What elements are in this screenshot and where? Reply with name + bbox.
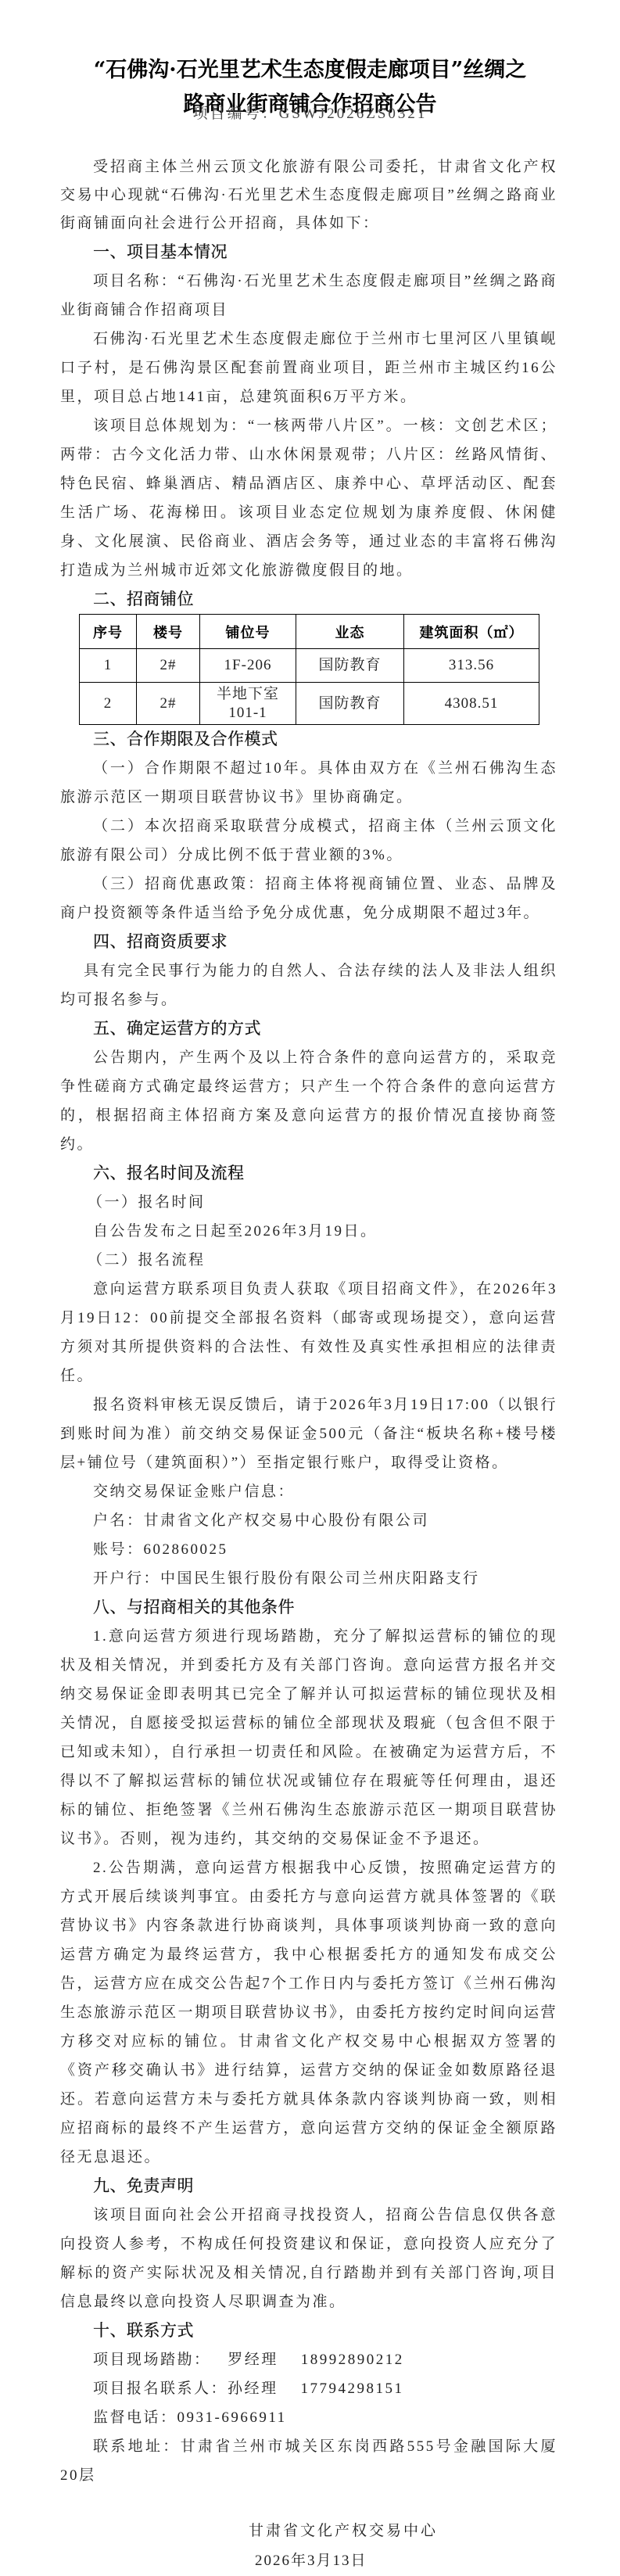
col-header-type: 业态 [296, 615, 404, 649]
cell-area: 313.56 [404, 649, 539, 683]
section-1-planning: 该项目总体规划为：“一核两带八片区”。一核：文创艺术区；两带：古今文化活力带、山… [60, 411, 557, 585]
section-6-sub-1: （一）报名时间 [60, 1188, 557, 1217]
col-header-area: 建筑面积（㎡） [404, 615, 539, 649]
section-4-heading: 四、招商资质要求 [60, 927, 557, 956]
section-8-item-1: 1.意向运营方须进行现场踏勘，充分了解拟运营标的铺位的现状及相关情况，并到委托方… [60, 1622, 557, 1853]
col-header-shop: 铺位号 [200, 615, 296, 649]
col-header-building: 楼号 [137, 615, 200, 649]
document-body: 受招商主体兰州云顶文化旅游有限公司委托，甘肃省文化产权交易中心现就“石佛沟·石光… [60, 153, 557, 2490]
section-3-term: （一）合作期限不超过10年。具体由双方在《兰州石佛沟生态旅游示范区一期项目联营协… [60, 754, 557, 812]
announcement-page: “石佛沟·石光里艺术生态度假走廊项目”丝绸之 路商业街商铺合作招商公告 项目编号… [0, 0, 620, 2571]
section-8-heading: 八、与招商相关的其他条件 [60, 1593, 557, 1622]
cell-type: 国防教育 [296, 649, 404, 683]
cell-shop-line-2: 101-1 [200, 704, 296, 723]
section-6-registration-time: 自公告发布之日起至2026年3月19日。 [60, 1217, 557, 1246]
project-number: 项目编号：GSWJ2026ZS0321 [0, 102, 620, 123]
section-3-heading: 三、合作期限及合作模式 [60, 725, 557, 754]
table-row: 2 2# 半地下室 101-1 国防教育 4308.51 [80, 683, 539, 725]
section-9-heading: 九、免责声明 [60, 2172, 557, 2201]
section-1-project-name: 项目名称：“石佛沟·石光里艺术生态度假走廊项目”丝绸之路商业街商铺合作招商项目 [60, 267, 557, 325]
cell-building: 2# [137, 683, 200, 725]
col-header-no: 序号 [80, 615, 137, 649]
cell-type: 国防教育 [296, 683, 404, 725]
section-5-method: 公告期内，产生两个及以上符合条件的意向运营方的，采取竞争性磋商方式确定最终运营方… [60, 1043, 557, 1159]
section-4-qualification: 具有完全民事行为能力的自然人、合法存续的法人及非法人组织均可报名参与。 [60, 956, 557, 1014]
section-10-heading: 十、联系方式 [60, 2316, 557, 2345]
cell-no: 2 [80, 683, 137, 725]
section-8-item-2: 2.公告期满，意向运营方根据我中心反馈，按照确定运营方的方式开展后续谈判事宜。由… [60, 1853, 557, 2172]
shop-table: 序号 楼号 铺位号 业态 建筑面积（㎡） 1 2# 1F-206 国防教育 31… [79, 614, 539, 725]
cell-shop-line-1: 半地下室 [200, 685, 296, 704]
cell-building: 2# [137, 649, 200, 683]
section-1-location: 石佛沟·石光里艺术生态度假走廊位于兰州市七里河区八里镇岘口子村，是石佛沟景区配套… [60, 325, 557, 411]
section-6-heading: 六、报名时间及流程 [60, 1159, 557, 1188]
section-6-account-name: 户名：甘肃省文化产权交易中心股份有限公司 [60, 1506, 557, 1535]
signature-block: 甘肃省文化产权交易中心 2026年3月13日 [249, 2517, 438, 2576]
cell-area: 4308.51 [404, 683, 539, 725]
contact-site-visit: 项目现场踏勘： 罗经理 18992890212 [60, 2345, 557, 2374]
section-2-heading: 二、招商铺位 [60, 585, 557, 614]
title-line-1: “石佛沟·石光里艺术生态度假走廊项目”丝绸之 [0, 53, 620, 88]
cell-shop: 半地下室 101-1 [200, 683, 296, 725]
signature-org: 甘肃省文化产权交易中心 [249, 2517, 438, 2546]
section-3-mode: （二）本次招商采取联营分成模式，招商主体（兰州云顶文化旅游有限公司）分成比例不低… [60, 812, 557, 870]
section-5-heading: 五、确定运营方的方式 [60, 1014, 557, 1043]
section-6-bank: 开户行：中国民生银行股份有限公司兰州庆阳路支行 [60, 1564, 557, 1593]
section-6-account-number: 账号：602860025 [60, 1535, 557, 1564]
contact-address: 联系地址：甘肃省兰州市城关区东岗西路555号金融国际大厦20层 [60, 2432, 557, 2490]
intro-paragraph: 受招商主体兰州云顶文化旅游有限公司委托，甘肃省文化产权交易中心现就“石佛沟·石光… [60, 153, 557, 238]
section-6-account-title: 交纳交易保证金账户信息： [60, 1477, 557, 1506]
section-1-heading: 一、项目基本情况 [60, 238, 557, 267]
section-6-registration-process: 意向运营方联系项目负责人获取《项目招商文件》，在2026年3月19日12：00前… [60, 1275, 557, 1390]
section-9-disclaimer: 该项目面向社会公开招商寻找投资人，招商公告信息仅供各意向投资人参考，不构成任何投… [60, 2201, 557, 2316]
shop-table-header-row: 序号 楼号 铺位号 业态 建筑面积（㎡） [80, 615, 539, 649]
signature-date: 2026年3月13日 [249, 2546, 438, 2576]
section-6-sub-2: （二）报名流程 [60, 1246, 557, 1275]
cell-no: 1 [80, 649, 137, 683]
contact-registration: 项目报名联系人：孙经理 17794298151 [60, 2374, 557, 2403]
table-row: 1 2# 1F-206 国防教育 313.56 [80, 649, 539, 683]
section-6-deposit: 报名资料审核无误反馈后，请于2026年3月19日17:00（以银行到账时间为准）… [60, 1390, 557, 1477]
section-3-incentive: （三）招商优惠政策：招商主体将视商铺位置、业态、品牌及商户投资额等条件适当给予免… [60, 870, 557, 927]
contact-supervision-phone: 监督电话：0931-6966911 [60, 2403, 557, 2432]
cell-shop: 1F-206 [200, 649, 296, 683]
